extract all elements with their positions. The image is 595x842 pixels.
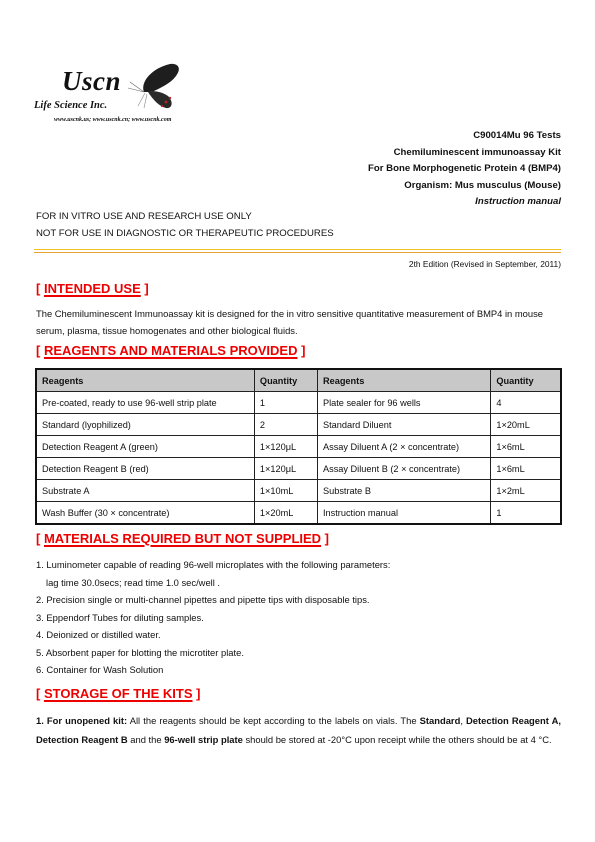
table-row: Wash Buffer (30 × concentrate)1×20mLInst… <box>36 502 561 525</box>
column-header: Reagents <box>36 369 254 392</box>
reagent-quantity-cell: 1×2mL <box>491 480 561 502</box>
reagent-quantity-cell: 1×20mL <box>254 502 317 525</box>
list-item: 2. Precision single or multi-channel pip… <box>36 591 390 609</box>
storage-lead: 1. For unopened kit: <box>36 715 127 726</box>
section-title: REAGENTS AND MATERIALS PROVIDED <box>44 343 298 358</box>
divider <box>34 249 561 253</box>
use-notice: FOR IN VITRO USE AND RESEARCH USE ONLY N… <box>36 208 334 242</box>
section-heading-storage: [ STORAGE OF THE KITS ] <box>36 686 200 701</box>
logo-urls: www.uscnk.us; www.uscnk.cn; www.uscnk.co… <box>54 117 171 123</box>
reagent-name-cell: Assay Diluent A (2 × concentrate) <box>317 436 490 458</box>
list-item: 6. Container for Wash Solution <box>36 661 390 679</box>
reagent-name-cell: Substrate A <box>36 480 254 502</box>
edition-note: 2th Edition (Revised in September, 2011) <box>409 259 561 269</box>
reagent-name-cell: Wash Buffer (30 × concentrate) <box>36 502 254 525</box>
column-header: Quantity <box>254 369 317 392</box>
table-row: Detection Reagent B (red)1×120μLAssay Di… <box>36 458 561 480</box>
section-heading-materials-not-supplied: [ MATERIALS REQUIRED BUT NOT SUPPLIED ] <box>36 531 329 546</box>
use-notice-line-1: FOR IN VITRO USE AND RESEARCH USE ONLY <box>36 208 334 225</box>
organism: Organism: Mus musculus (Mouse) <box>368 178 561 195</box>
reagent-name-cell: Standard (lyophilized) <box>36 414 254 436</box>
intended-use-text: The Chemiluminescent Immunoassay kit is … <box>36 305 561 339</box>
reagent-name-cell: Instruction manual <box>317 502 490 525</box>
reagent-quantity-cell: 4 <box>491 392 561 414</box>
table-row: Substrate A1×10mLSubstrate B1×2mL <box>36 480 561 502</box>
reagent-name-cell: Detection Reagent B (red) <box>36 458 254 480</box>
reagent-name-cell: Pre-coated, ready to use 96-well strip p… <box>36 392 254 414</box>
section-heading-intended-use: [ INTENDED USE ] <box>36 281 149 296</box>
reagent-name-cell: Plate sealer for 96 wells <box>317 392 490 414</box>
storage-bold-standard: Standard <box>420 715 461 726</box>
reagent-quantity-cell: 1×6mL <box>491 436 561 458</box>
list-item: 4. Deionized or distilled water. <box>36 626 390 644</box>
butterfly-logo-icon <box>122 62 184 112</box>
reagent-quantity-cell: 1×6mL <box>491 458 561 480</box>
section-title: INTENDED USE <box>44 281 141 296</box>
reagent-quantity-cell: 1 <box>491 502 561 525</box>
logo-subtitle: Life Science Inc. <box>34 100 107 111</box>
reagent-quantity-cell: 1 <box>254 392 317 414</box>
materials-list: 1. Luminometer capable of reading 96-wel… <box>36 556 390 679</box>
reagent-quantity-cell: 1×120μL <box>254 458 317 480</box>
reagent-quantity-cell: 1×20mL <box>491 414 561 436</box>
reagent-quantity-cell: 1×120μL <box>254 436 317 458</box>
kit-target: For Bone Morphogenetic Protein 4 (BMP4) <box>368 161 561 178</box>
list-item: 5. Absorbent paper for blotting the micr… <box>36 644 390 662</box>
use-notice-line-2: NOT FOR USE IN DIAGNOSTIC OR THERAPEUTIC… <box>36 225 334 242</box>
list-item: 3. Eppendorf Tubes for diluting samples. <box>36 609 390 627</box>
table-header-row: Reagents Quantity Reagents Quantity <box>36 369 561 392</box>
logo-brand: Uscn <box>62 66 121 97</box>
storage-text: 1. For unopened kit: All the reagents sh… <box>36 711 561 749</box>
reagent-name-cell: Assay Diluent B (2 × concentrate) <box>317 458 490 480</box>
column-header: Quantity <box>491 369 561 392</box>
reagent-name-cell: Substrate B <box>317 480 490 502</box>
catalog-number: C90014Mu 96 Tests <box>368 128 561 145</box>
section-title: MATERIALS REQUIRED BUT NOT SUPPLIED <box>44 531 321 546</box>
column-header: Reagents <box>317 369 490 392</box>
reagents-table: Reagents Quantity Reagents Quantity Pre-… <box>35 368 562 525</box>
reagent-quantity-cell: 2 <box>254 414 317 436</box>
storage-text-part: All the reagents should be kept accordin… <box>127 715 420 726</box>
reagent-name-cell: Detection Reagent A (green) <box>36 436 254 458</box>
storage-text-part: and the <box>128 734 165 745</box>
table-row: Standard (lyophilized)2Standard Diluent1… <box>36 414 561 436</box>
list-item-continuation: lag time 30.0secs; read time 1.0 sec/wel… <box>36 574 390 592</box>
storage-bold-plate: 96-well strip plate <box>164 734 243 745</box>
kit-type: Chemiluminescent immunoassay Kit <box>368 145 561 162</box>
storage-text-part: should be stored at -20°C upon receipt w… <box>243 734 552 745</box>
reagent-name-cell: Standard Diluent <box>317 414 490 436</box>
list-item: 1. Luminometer capable of reading 96-wel… <box>36 556 390 574</box>
document-type: Instruction manual <box>368 194 561 211</box>
table-row: Detection Reagent A (green)1×120μLAssay … <box>36 436 561 458</box>
table-row: Pre-coated, ready to use 96-well strip p… <box>36 392 561 414</box>
section-heading-reagents: [ REAGENTS AND MATERIALS PROVIDED ] <box>36 343 305 358</box>
section-title: STORAGE OF THE KITS <box>44 686 193 701</box>
reagent-quantity-cell: 1×10mL <box>254 480 317 502</box>
product-info: C90014Mu 96 Tests Chemiluminescent immun… <box>368 128 561 211</box>
